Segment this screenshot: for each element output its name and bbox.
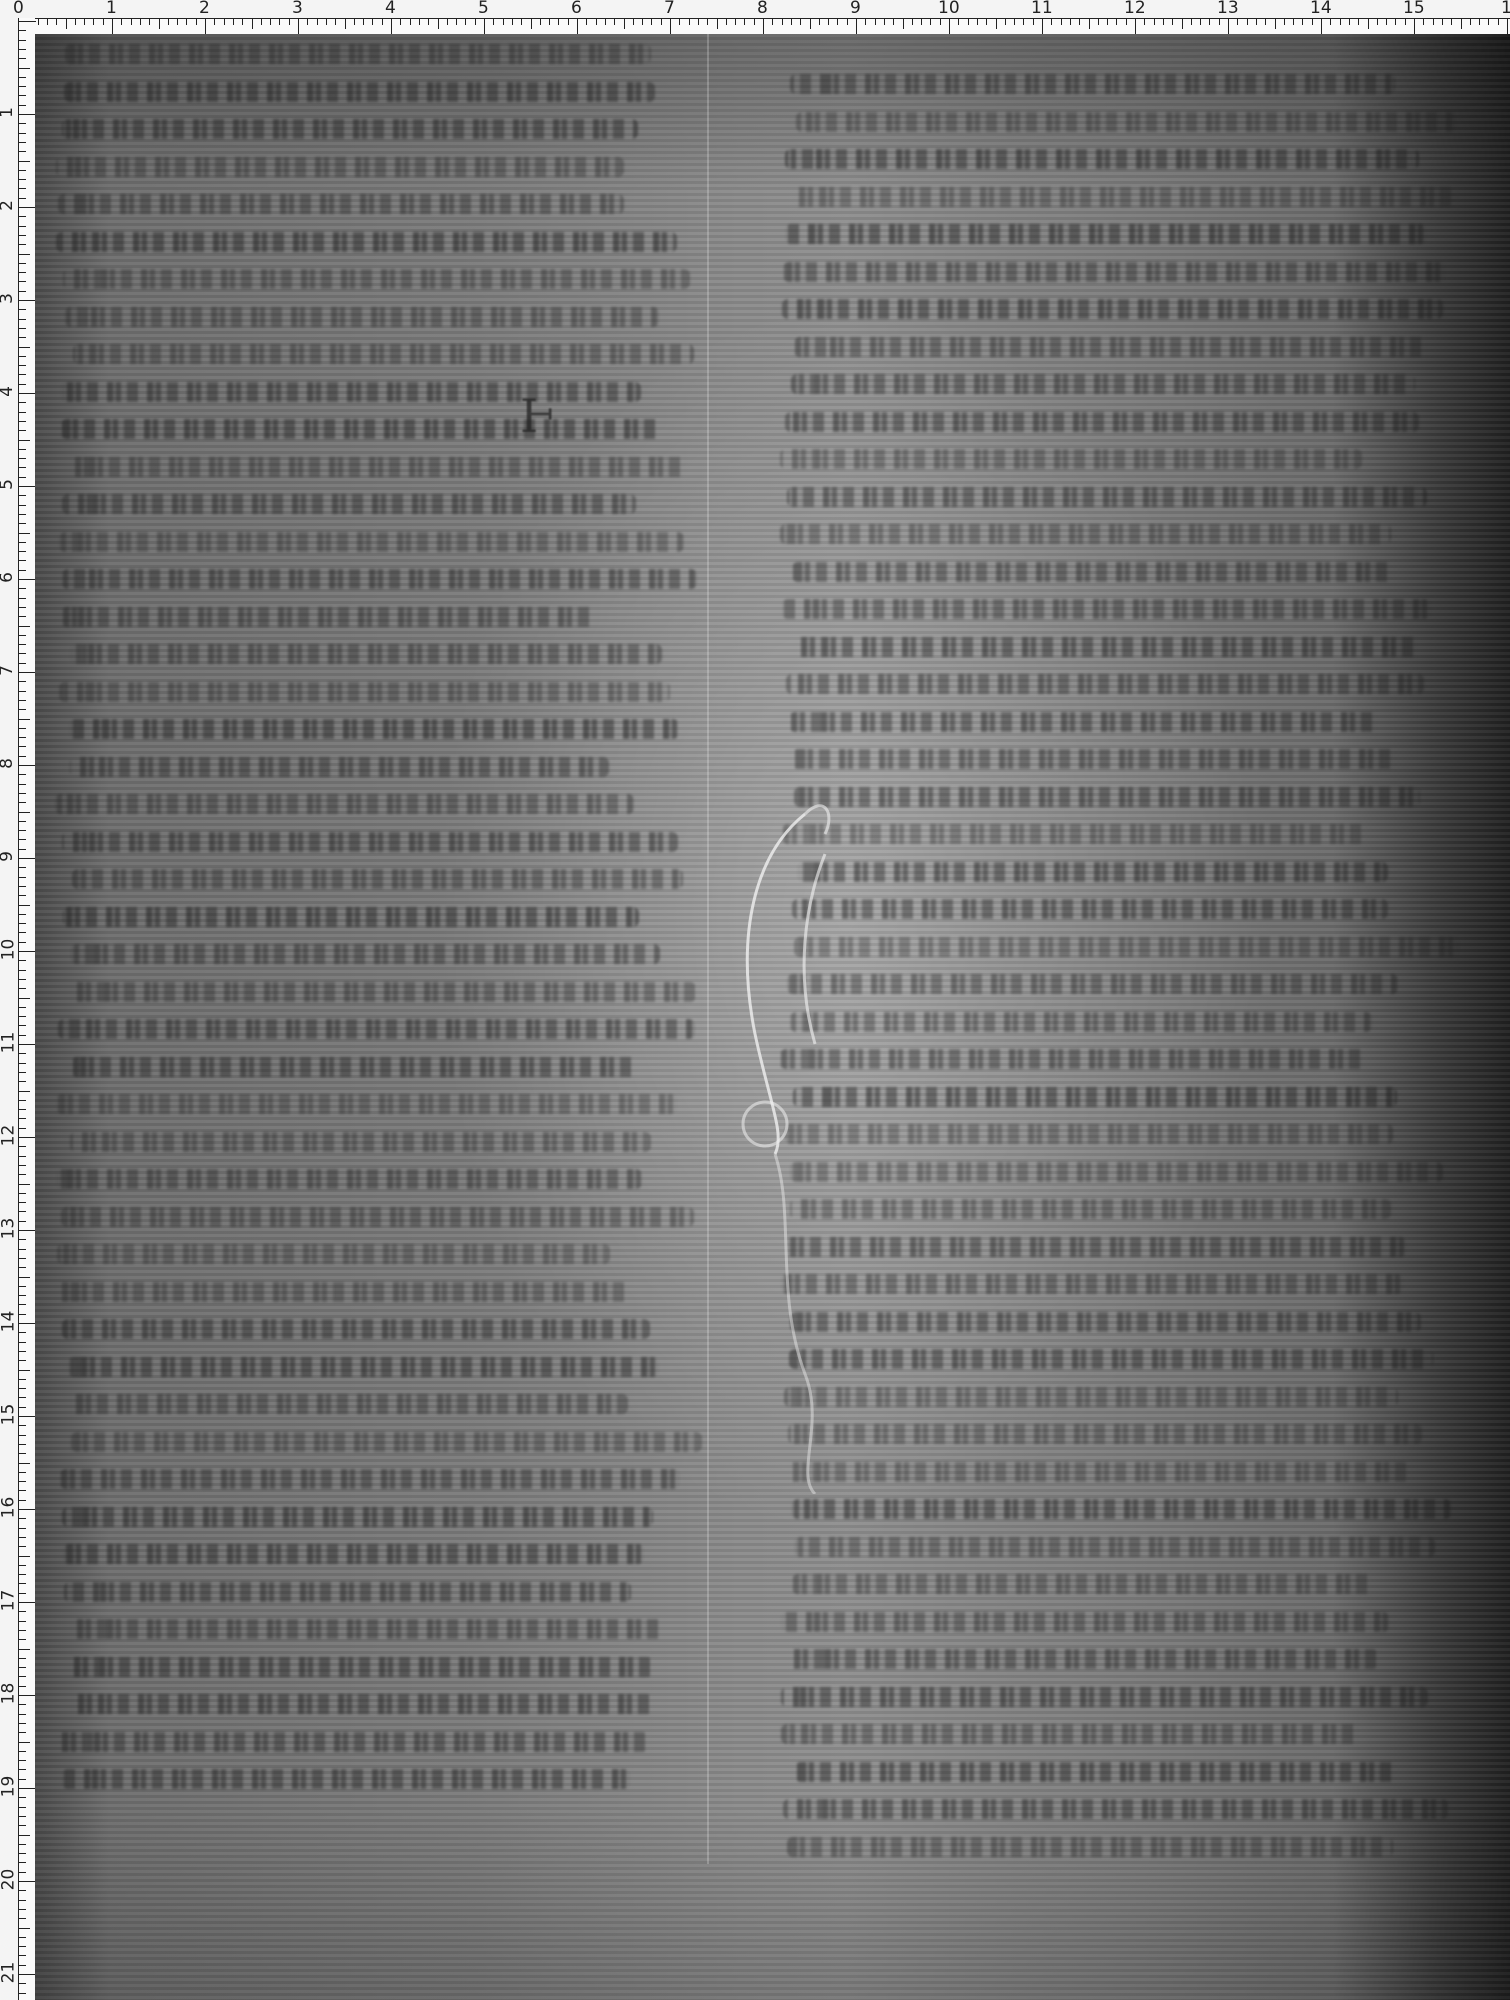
ruler-tick [865, 19, 866, 25]
ruler-tick [810, 19, 811, 29]
handwritten-text-line [61, 1207, 694, 1227]
ruler-tick [19, 1165, 26, 1166]
ruler-tick [19, 1881, 36, 1882]
ruler-tick [1498, 19, 1499, 25]
ruler-tick [168, 19, 169, 25]
ruler-tick [19, 1723, 26, 1724]
ruler-tick [410, 19, 411, 25]
ruler-tick [633, 19, 634, 25]
ruler-tick [19, 1909, 26, 1910]
ruler-tick [19, 607, 26, 608]
top-ruler-label: 10 [938, 0, 960, 17]
ruler-tick [791, 19, 792, 25]
ruler-tick [19, 588, 26, 589]
ruler-tick [800, 19, 801, 25]
ruler-tick [93, 19, 94, 25]
ruler-tick [19, 198, 26, 199]
ruler-tick [540, 19, 541, 25]
ruler-tick [19, 1128, 26, 1129]
ruler-tick [614, 19, 615, 25]
ruler-tick [214, 19, 215, 25]
ruler-tick [75, 19, 76, 25]
handwritten-text-line [62, 1507, 654, 1527]
ruler-tick [19, 1388, 26, 1389]
handwritten-text-line [70, 1132, 651, 1152]
handwritten-text-line [68, 1657, 653, 1677]
left-ruler-label: 11 [0, 1032, 17, 1054]
handwritten-text-line [787, 487, 1427, 507]
ruler-tick [19, 1146, 26, 1147]
handwritten-text-line [781, 1724, 1362, 1744]
page-gutter [707, 34, 709, 1864]
ruler-tick [19, 849, 26, 850]
ruler-tick [1405, 19, 1406, 25]
handwritten-text-line [790, 74, 1394, 94]
ruler-tick [19, 1379, 26, 1380]
ruler-tick [19, 1407, 26, 1408]
ruler-tick [335, 19, 336, 25]
ruler-tick [19, 1174, 26, 1175]
ruler-tick [19, 226, 26, 227]
ruler-tick [19, 1463, 30, 1464]
ruler-tick [1200, 19, 1201, 25]
left-ruler-label: 20 [0, 1869, 17, 1891]
ruler-tick [19, 21, 36, 22]
ruler-tick [19, 49, 26, 50]
ruler-tick [19, 1295, 26, 1296]
ruler-tick [1302, 19, 1303, 25]
ruler-tick [1451, 19, 1452, 25]
ruler-tick [19, 1630, 26, 1631]
handwritten-text-line [792, 1499, 1451, 1519]
ruler-tick [19, 1332, 26, 1333]
ruler-tick [1005, 19, 1006, 25]
ruler-tick [19, 365, 26, 366]
ruler-tick [289, 19, 290, 25]
ruler-tick [19, 1323, 36, 1324]
ruler-tick [19, 979, 26, 980]
ruler-tick [726, 19, 727, 25]
ruler-tick [1265, 19, 1266, 25]
top-ruler-label: 15 [1403, 0, 1425, 17]
ruler-tick [19, 1686, 26, 1687]
ruler-tick [596, 19, 597, 25]
ruler-tick [391, 19, 392, 35]
top-ruler-label: 1 [1501, 0, 1510, 17]
ruler-tick [19, 1983, 26, 1984]
ruler-tick [19, 412, 26, 413]
handwritten-text-line [795, 1762, 1399, 1782]
left-ruler-label: 13 [0, 1218, 17, 1240]
ruler-tick [19, 1751, 26, 1752]
ruler-tick [1433, 19, 1434, 25]
ruler-tick [1209, 19, 1210, 25]
ruler-tick [1275, 19, 1276, 29]
ruler-tick [586, 19, 587, 25]
ruler-tick [19, 1788, 36, 1789]
ruler-tick [270, 19, 271, 25]
ruler-tick [19, 254, 30, 255]
ruler-tick [19, 1928, 30, 1929]
ruler-tick [242, 19, 243, 25]
ruler-tick [1079, 19, 1080, 25]
ruler-tick [1358, 19, 1359, 25]
ruler-tick [19, 86, 26, 87]
ruler-tick [1163, 19, 1164, 25]
ruler-tick [19, 1137, 36, 1138]
ruler-tick [19, 1918, 26, 1919]
ruler-tick [19, 235, 26, 236]
ruler-tick [19, 1574, 26, 1575]
ruler-tick [19, 356, 26, 357]
ruler-tick [19, 40, 26, 41]
ruler-tick [475, 19, 476, 25]
ruler-tick [558, 19, 559, 25]
ruler-tick [19, 598, 26, 599]
ruler-tick [1312, 19, 1313, 25]
top-ruler-label: 5 [478, 0, 489, 17]
ruler-tick [754, 19, 755, 25]
handwritten-text-line [58, 194, 624, 214]
ruler-tick [1414, 19, 1415, 35]
ruler-tick [19, 1965, 26, 1966]
ruler-tick [1182, 19, 1183, 29]
ruler-tick [19, 1937, 26, 1938]
ruler-tick [19, 653, 26, 654]
top-ruler-label: 13 [1217, 0, 1239, 17]
ruler-tick [782, 19, 783, 25]
ruler-tick [19, 700, 26, 701]
ruler-tick [19, 1053, 26, 1054]
left-ruler-label: 14 [0, 1311, 17, 1333]
ruler-tick [1191, 19, 1192, 25]
left-ruler-label: 15 [0, 1404, 17, 1426]
handwritten-text-line [69, 719, 679, 739]
ruler-tick [159, 19, 160, 29]
ruler-tick [19, 1081, 26, 1082]
ruler-tick [149, 19, 150, 25]
ruler-tick [19, 393, 36, 394]
left-ruler-label: 4 [0, 386, 16, 397]
top-ruler-label: 12 [1124, 0, 1146, 17]
ruler-tick [1368, 19, 1369, 29]
ruler-tick [1070, 19, 1071, 25]
ruler-tick [19, 728, 26, 729]
ruler-tick [19, 467, 26, 468]
ruler-tick [19, 188, 26, 189]
marginal-flourish-decoration [735, 774, 895, 1494]
ruler-tick [19, 1481, 26, 1482]
top-ruler-label: 9 [850, 0, 861, 17]
ruler-tick [19, 784, 26, 785]
ruler-tick [261, 19, 262, 25]
left-ruler-label: 5 [0, 479, 16, 490]
ruler-tick [1330, 19, 1331, 25]
ruler-tick [447, 19, 448, 25]
ruler-tick [1135, 19, 1136, 35]
decorated-initial: Ⱶ [520, 389, 554, 443]
ruler-tick [19, 1509, 36, 1510]
handwritten-text-line [63, 907, 639, 927]
handwritten-text-line [56, 232, 677, 252]
ruler-tick [19, 161, 30, 162]
ruler-tick [19, 719, 30, 720]
ruler-tick [521, 19, 522, 25]
ruler-tick [19, 1193, 26, 1194]
ruler-tick [19, 421, 26, 422]
ruler-tick [196, 19, 197, 25]
ruler-tick [19, 1025, 26, 1026]
handwritten-text-line [63, 269, 690, 289]
ruler-tick [19, 1072, 26, 1073]
ruler-tick [531, 19, 532, 29]
ruler-tick [1488, 19, 1489, 25]
top-ruler-label: 0 [13, 0, 24, 17]
handwritten-text-line [58, 1019, 695, 1039]
handwritten-text-line [71, 457, 685, 477]
handwritten-text-line [796, 112, 1455, 132]
ruler-tick [19, 114, 36, 115]
ruler-tick [670, 19, 671, 35]
ruler-tick [1098, 19, 1099, 25]
ruler-tick [1507, 19, 1508, 35]
ruler-tick [986, 19, 987, 25]
ruler-tick [19, 1202, 26, 1203]
ruler-tick [19, 681, 26, 682]
handwritten-text-line [780, 524, 1391, 544]
ruler-tick [19, 821, 26, 822]
manuscript-scan: Ⱶ [35, 34, 1510, 2000]
ruler-tick [19, 1946, 26, 1947]
left-ruler-label: 17 [0, 1590, 17, 1612]
handwritten-text-line [63, 1544, 645, 1564]
ruler-tick [19, 1184, 30, 1185]
ruler-tick [19, 486, 36, 487]
ruler-tick [19, 923, 26, 924]
ruler-tick [735, 19, 736, 25]
ruler-tick [456, 19, 457, 25]
handwritten-text-line [71, 944, 661, 964]
left-ruler-label: 8 [0, 758, 16, 769]
handwritten-text-line [795, 1537, 1436, 1557]
ruler-tick [19, 58, 26, 59]
ruler-tick [19, 1239, 26, 1240]
ruler-tick [19, 960, 26, 961]
handwritten-text-line [787, 1837, 1393, 1857]
ruler-tick [19, 151, 26, 152]
ruler-tick [493, 19, 494, 25]
ruler-tick [382, 19, 383, 25]
top-ruler-label: 2 [199, 0, 210, 17]
handwritten-text-line [71, 1432, 703, 1452]
handwritten-text-line [57, 1282, 628, 1302]
ruler-tick [186, 19, 187, 25]
ruler-tick [19, 309, 26, 310]
ruler-tick [19, 1611, 26, 1612]
ruler-tick [19, 1676, 26, 1677]
top-ruler-label: 11 [1031, 0, 1053, 17]
handwritten-text-line [786, 674, 1424, 694]
ruler-tick [19, 1490, 26, 1491]
handwritten-text-line [56, 1732, 648, 1752]
ruler-tick [19, 1825, 26, 1826]
ruler-tick [1154, 19, 1155, 25]
ruler-tick [19, 672, 36, 673]
left-ruler-label: 18 [0, 1683, 17, 1705]
top-ruler-label: 3 [292, 0, 303, 17]
ruler-tick [949, 19, 950, 35]
ruler-tick [19, 1258, 26, 1259]
top-ruler-label: 7 [664, 0, 675, 17]
ruler-tick [19, 1732, 26, 1733]
ruler-tick [19, 1853, 26, 1854]
ruler-tick [372, 19, 373, 25]
ruler-tick [19, 1816, 26, 1817]
handwritten-text-line [61, 607, 596, 627]
ruler-tick [1219, 19, 1220, 25]
top-ruler-label: 14 [1310, 0, 1332, 17]
ruler-tick [19, 579, 36, 580]
handwritten-text-line [70, 644, 662, 664]
ruler-tick [400, 19, 401, 25]
ruler-tick [19, 1742, 30, 1743]
ruler-tick [19, 1314, 26, 1315]
handwritten-text-line [785, 412, 1419, 432]
ruler-tick [1228, 19, 1229, 35]
ruler-tick [19, 570, 26, 571]
ruler-tick [19, 1518, 26, 1519]
handwritten-text-line [57, 1244, 610, 1264]
ruler-tick [19, 328, 26, 329]
ruler-tick [19, 477, 26, 478]
ruler-tick [19, 1211, 26, 1212]
ruler-tick [996, 19, 997, 29]
ruler-tick [19, 374, 26, 375]
ruler-tick [19, 663, 26, 664]
left-ruler-label: 12 [0, 1125, 17, 1147]
ruler-tick [19, 1695, 36, 1696]
left-ruler-label: 10 [0, 939, 17, 961]
handwritten-text-line [71, 1057, 638, 1077]
left-ruler-label: 7 [0, 665, 16, 676]
top-ruler-label: 1 [106, 0, 117, 17]
top-ruler-label: 6 [571, 0, 582, 17]
ruler-tick [19, 1342, 26, 1343]
left-ruler-label: 9 [0, 851, 16, 862]
ruler-tick [484, 19, 485, 35]
ruler-tick [968, 19, 969, 25]
ruler-tick [977, 19, 978, 25]
ruler-tick [19, 1602, 36, 1603]
ruler-tick [19, 1035, 26, 1036]
ruler-tick [19, 1835, 30, 1836]
handwritten-text-line [793, 187, 1454, 207]
left-ruler-label: 2 [0, 200, 16, 211]
ruler-tick [19, 1109, 26, 1110]
ruler-tick [112, 19, 113, 35]
ruler-tick [140, 19, 141, 25]
ruler-tick [19, 858, 36, 859]
ruler-tick [19, 1556, 30, 1557]
ruler-tick [19, 1500, 26, 1501]
ruler-tick [903, 19, 904, 29]
ruler-tick [19, 1955, 26, 1956]
ruler-tick [19, 1007, 26, 1008]
ruler-tick [1107, 19, 1108, 25]
ruler-tick [19, 1658, 26, 1659]
handwritten-text-line [782, 599, 1431, 619]
ruler-tick [19, 1472, 26, 1473]
ruler-tick [549, 19, 550, 25]
ruler-tick [1293, 19, 1294, 25]
ruler-tick [940, 19, 941, 25]
ruler-tick [19, 1016, 26, 1017]
handwritten-text-line [783, 262, 1445, 282]
ruler-tick [19, 514, 26, 515]
ruler-tick [419, 19, 420, 25]
ruler-tick [651, 19, 652, 25]
ruler-tick [19, 1370, 30, 1371]
ruler-tick [19, 458, 26, 459]
ruler-tick [19, 998, 30, 999]
ruler-tick [19, 635, 26, 636]
ruler-tick [930, 19, 931, 25]
handwritten-text-line [783, 1799, 1448, 1819]
ruler-tick [503, 19, 504, 25]
ruler-tick [1089, 19, 1090, 29]
handwritten-text-line [56, 1169, 642, 1189]
ruler-tick [958, 19, 959, 25]
handwritten-text-line [56, 1094, 677, 1114]
handwritten-text-line [65, 44, 651, 64]
ruler-tick [354, 19, 355, 25]
ruler-tick [19, 932, 26, 933]
handwritten-text-line [781, 1612, 1389, 1632]
ruler-tick [19, 207, 36, 208]
ruler-tick [19, 95, 26, 96]
ruler-tick [19, 626, 30, 627]
handwritten-text-line [62, 119, 637, 139]
ruler-tick [19, 802, 26, 803]
ruler-tick [19, 737, 26, 738]
ruler-tick [19, 1593, 26, 1594]
handwritten-text-line [785, 149, 1418, 169]
ruler-tick [19, 1435, 26, 1436]
ruler-tick [19, 505, 26, 506]
ruler-tick [19, 1537, 26, 1538]
ruler-tick [19, 1360, 26, 1361]
ruler-tick [19, 830, 26, 831]
left-ruler-label: 19 [0, 1776, 17, 1798]
ruler-tick [19, 216, 26, 217]
ruler-tick [19, 1807, 26, 1808]
ruler-tick [1349, 19, 1350, 25]
ruler-tick [103, 19, 104, 25]
ruler-tick [744, 19, 745, 25]
ruler-tick [1423, 19, 1424, 25]
ruler-tick [1395, 19, 1396, 25]
ruler-tick [19, 988, 26, 989]
handwritten-text-line [794, 337, 1429, 357]
ruler-tick [912, 19, 913, 25]
handwritten-text-line [791, 374, 1415, 394]
ruler-tick [19, 244, 26, 245]
ruler-tick [19, 905, 30, 906]
ruler-tick [19, 123, 26, 124]
left-ruler-label: 1 [0, 107, 16, 118]
ruler-tick [19, 133, 26, 134]
handwritten-text-line [61, 419, 662, 439]
